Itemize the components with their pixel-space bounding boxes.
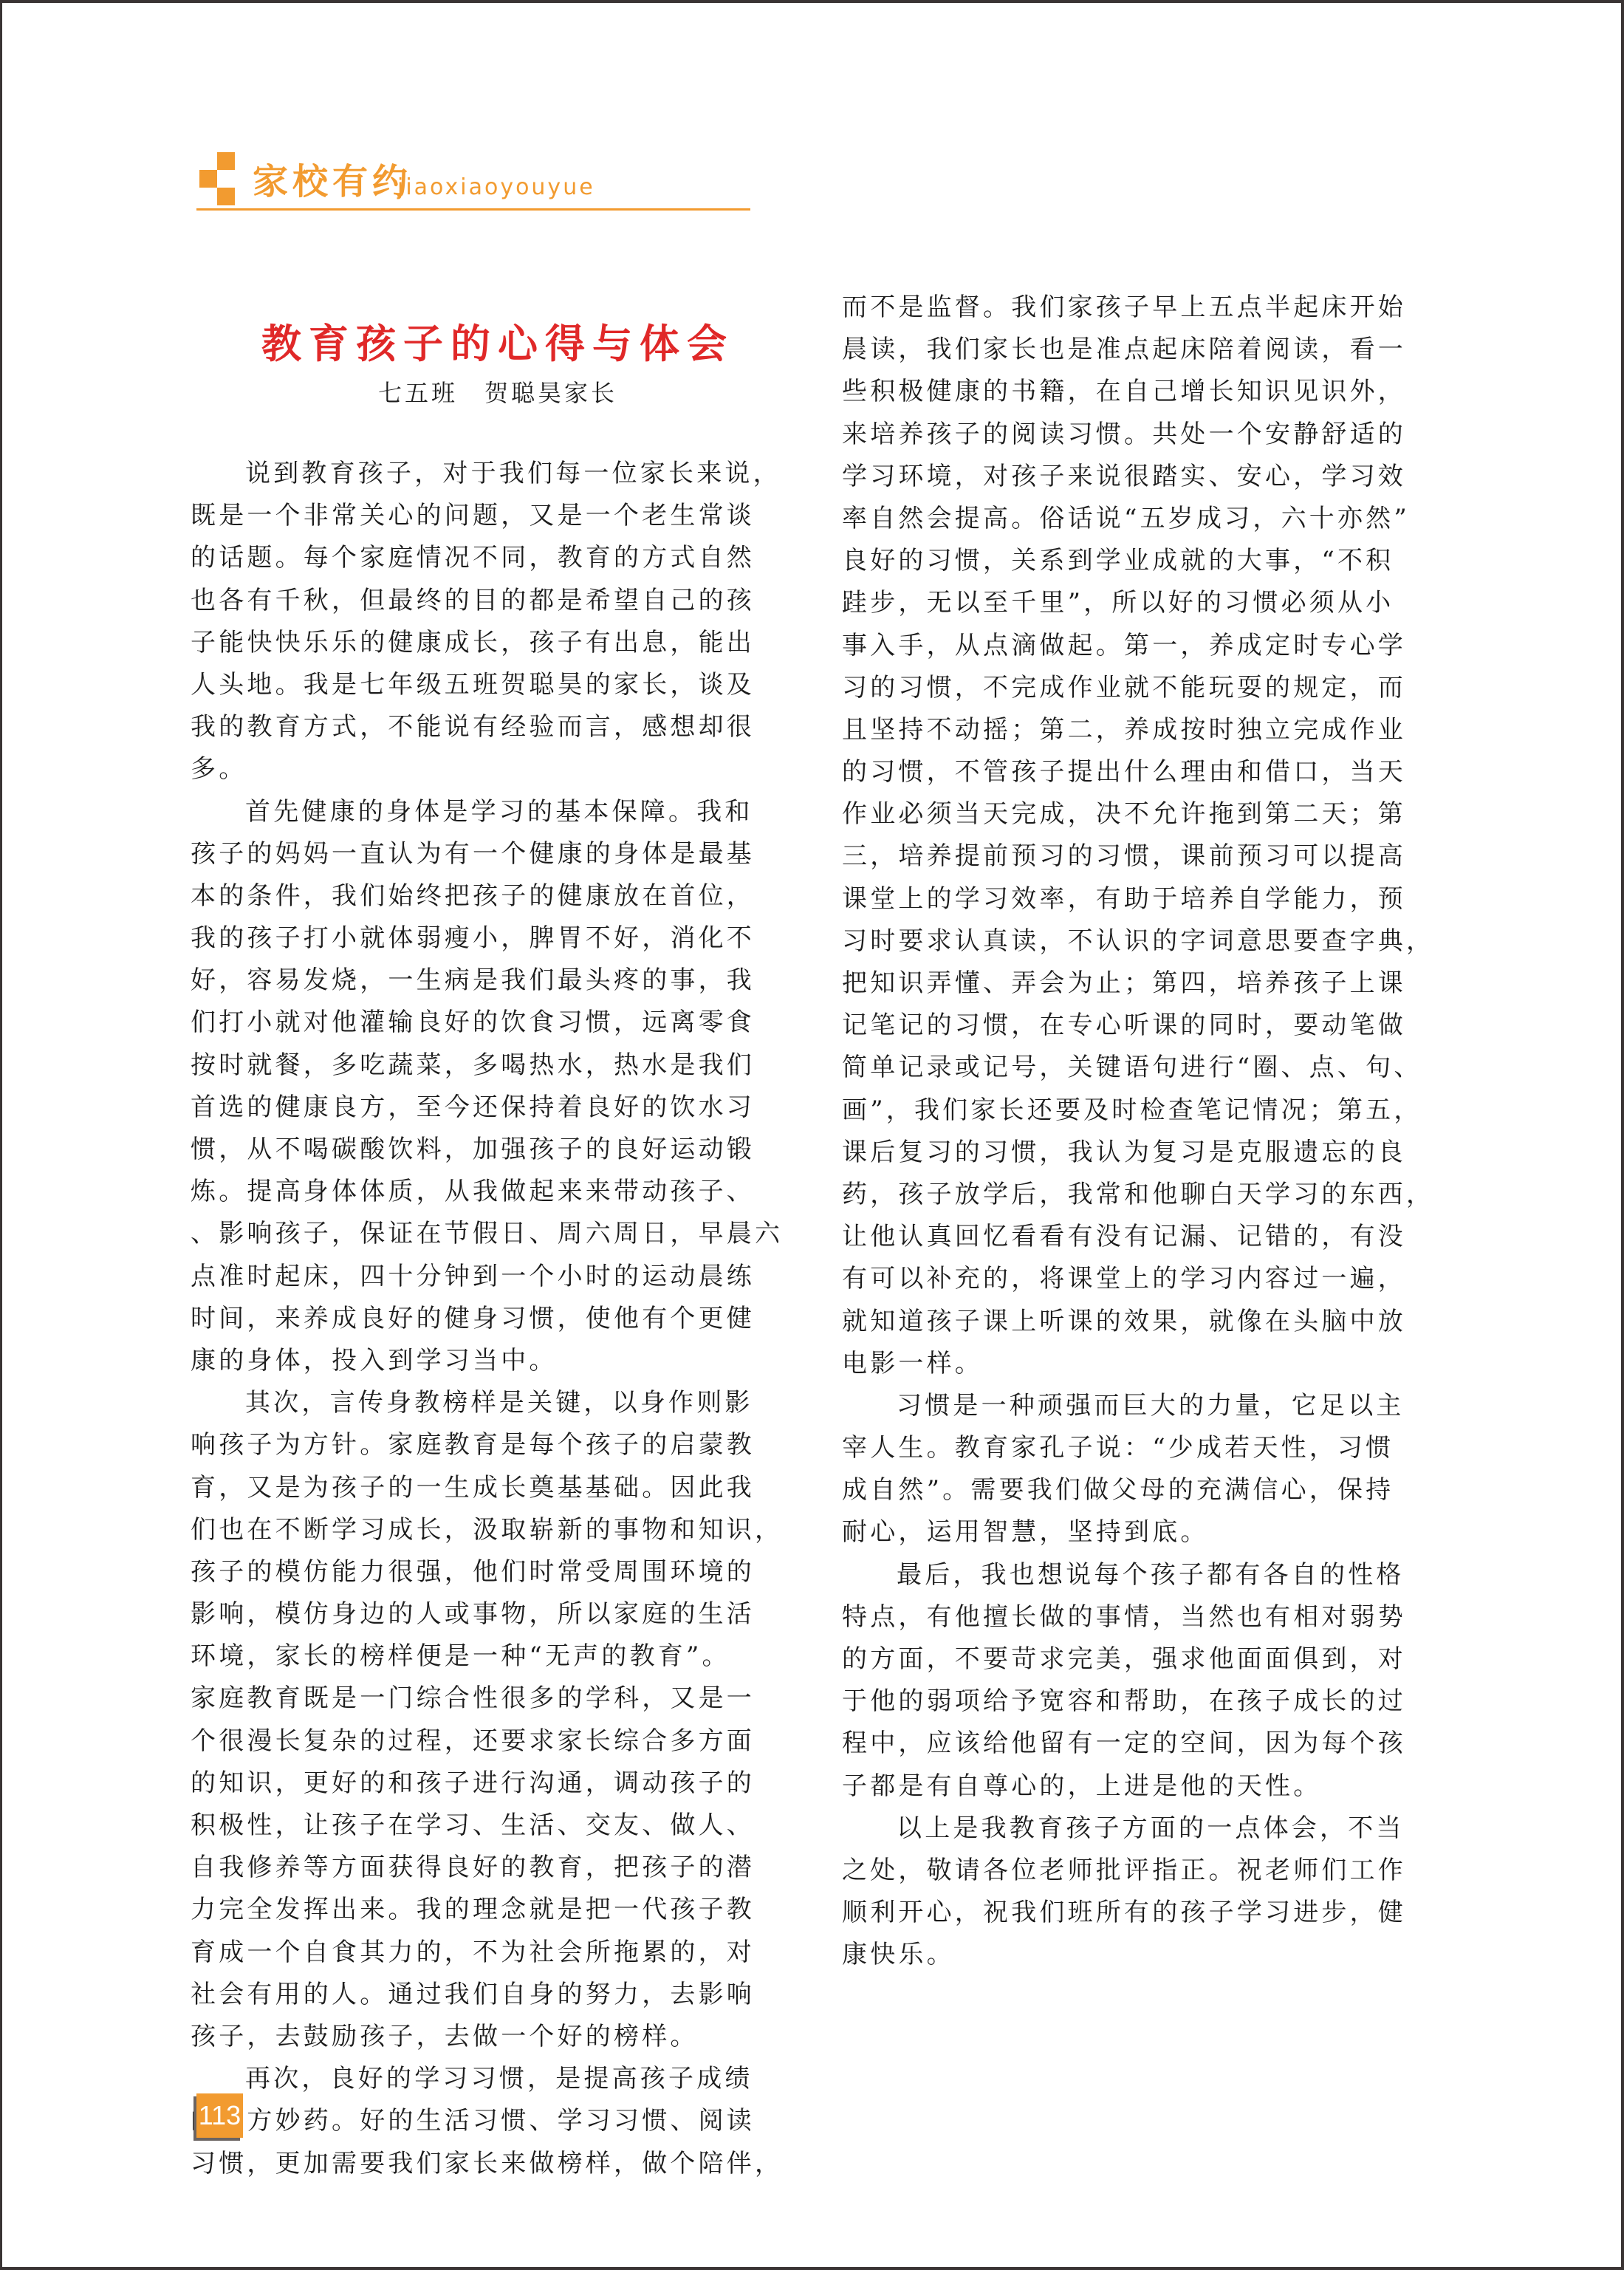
text-line: 惯，从不喝碳酸饮料，加强孩子的良好运动锻 bbox=[191, 1129, 811, 1171]
text-line: 课堂上的学习效率，有助于培养自学能力，预 bbox=[842, 878, 1470, 920]
text-line: 记笔记的习惯，在专心听课的同时，要动笔做 bbox=[842, 1005, 1470, 1047]
text-line: 康快乐。 bbox=[842, 1934, 1470, 1976]
text-line: 积极性，让孩子在学习、生活、交友、做人、 bbox=[191, 1805, 811, 1847]
text-line: 简单记录或记号，关键语句进行“圈、点、句、 bbox=[842, 1047, 1470, 1089]
text-line: 家庭教育既是一门综合性很多的学科，又是一 bbox=[191, 1678, 811, 1720]
text-line: 有可以补充的，将课堂上的学习内容过一遍， bbox=[842, 1258, 1470, 1300]
text-line: 们打小就对他灌输良好的饮食习惯，远离零食 bbox=[191, 1002, 811, 1044]
text-line: 习的习惯，不完成作业就不能玩耍的规定，而 bbox=[842, 667, 1470, 709]
text-line: 社会有用的人。通过我们自身的努力，去影响 bbox=[191, 1974, 811, 2016]
text-line: 的良方妙药。好的生活习惯、学习习惯、阅读 bbox=[191, 2100, 811, 2142]
text-line: 习时要求认真读，不认识的字词意思要查字典， bbox=[842, 920, 1470, 963]
text-line: 习惯，更加需要我们家长来做榜样，做个陪伴， bbox=[191, 2143, 811, 2185]
text-line: 习惯是一种顽强而巨大的力量，它足以主 bbox=[842, 1385, 1470, 1427]
text-line: 学习环境，对孩子来说很踏实、安心，学习效 bbox=[842, 456, 1470, 498]
text-line: 三，培养提前预习的习惯，课前预习可以提高 bbox=[842, 835, 1470, 878]
text-line: 人头地。我是七年级五班贺聪昊的家长，谈及 bbox=[191, 664, 811, 706]
text-line: 特点，有他擅长做的事情，当然也有相对弱势 bbox=[842, 1596, 1470, 1638]
text-line: 康的身体，投入到学习当中。 bbox=[191, 1340, 811, 1382]
section-title: 家校有约 bbox=[253, 160, 412, 204]
text-line: 说到教育孩子，对于我们每一位家长来说， bbox=[191, 453, 811, 495]
text-line: 之处，敬请各位老师批评指正。祝老师们工作 bbox=[842, 1850, 1470, 1892]
text-line: 再次，良好的学习习惯，是提高孩子成绩 bbox=[191, 2058, 811, 2100]
text-line: 育，又是为孩子的一生成长奠基基础。因此我 bbox=[191, 1467, 811, 1509]
text-line: 育成一个自食其力的，不为社会所拖累的，对 bbox=[191, 1932, 811, 1974]
text-line: 按时就餐，多吃蔬菜，多喝热水，热水是我们 bbox=[191, 1045, 811, 1087]
text-line: 些积极健康的书籍，在自己增长知识见识外， bbox=[842, 371, 1470, 413]
text-line: 响孩子为方针。家庭教育是每个孩子的启蒙教 bbox=[191, 1424, 811, 1466]
text-line: 于他的弱项给予宽容和帮助，在孩子成长的过 bbox=[842, 1681, 1470, 1723]
text-line: 的话题。每个家庭情况不同，教育的方式自然 bbox=[191, 537, 811, 579]
text-line: 力完全发挥出来。我的理念就是把一代孩子教 bbox=[191, 1889, 811, 1931]
text-line: 率自然会提高。俗话说“五岁成习，六十亦然” bbox=[842, 498, 1470, 540]
text-line: 自我修养等方面获得良好的教育，把孩子的潜 bbox=[191, 1847, 811, 1889]
text-line: 子能快快乐乐的健康成长，孩子有出息，能出 bbox=[191, 622, 811, 664]
logo-square-middle bbox=[199, 170, 217, 188]
text-line: 最后，我也想说每个孩子都有各自的性格 bbox=[842, 1554, 1470, 1596]
text-line: 的方面，不要苛求完美，强求他面面俱到，对 bbox=[842, 1638, 1470, 1681]
text-line: 跬步，无以至千里”，所以好的习惯必须从小 bbox=[842, 582, 1470, 624]
logo-square-bottom bbox=[217, 188, 235, 205]
text-line: 、影响孩子，保证在节假日、周六周日，早晨六 bbox=[191, 1213, 811, 1255]
text-line: 也各有千秋，但最终的目的都是希望自己的孩 bbox=[191, 580, 811, 622]
text-line: 其次，言传身教榜样是关键，以身作则影 bbox=[191, 1382, 811, 1424]
text-line: 顺利开心，祝我们班所有的孩子学习进步，健 bbox=[842, 1892, 1470, 1934]
text-line: 环境，家长的榜样便是一种“无声的教育”。 bbox=[191, 1635, 811, 1678]
text-line: 们也在不断学习成长，汲取崭新的事物和知识， bbox=[191, 1509, 811, 1551]
text-line: 让他认真回忆看看有没有记漏、记错的，有没 bbox=[842, 1216, 1470, 1258]
page-number-badge: 113 bbox=[196, 2093, 243, 2138]
article-byline: 七五班 贺聪昊家长 bbox=[191, 377, 805, 409]
text-line: 晨读，我们家长也是准点起床陪着阅读，看一 bbox=[842, 329, 1470, 371]
text-line: 画”，我们家长还要及时检查笔记情况；第五， bbox=[842, 1090, 1470, 1132]
text-line: 既是一个非常关心的问题，又是一个老生常谈 bbox=[191, 495, 811, 537]
article-title: 教育孩子的心得与体会 bbox=[191, 318, 805, 369]
text-line: 好，容易发烧，一生病是我们最头疼的事，我 bbox=[191, 960, 811, 1002]
text-line: 本的条件，我们始终把孩子的健康放在首位， bbox=[191, 875, 811, 917]
text-line: 且坚持不动摇；第二，养成按时独立完成作业 bbox=[842, 709, 1470, 751]
section-header: 家校有约 jiaoxiaoyouyue bbox=[191, 148, 752, 214]
text-line: 来培养孩子的阅读习惯。共处一个安静舒适的 bbox=[842, 414, 1470, 456]
text-line: 的习惯，不管孩子提出什么理由和借口，当天 bbox=[842, 751, 1470, 793]
text-line: 孩子，去鼓励孩子，去做一个好的榜样。 bbox=[191, 2016, 811, 2058]
text-line: 孩子的妈妈一直认为有一个健康的身体是最基 bbox=[191, 833, 811, 875]
text-line: 点准时起床，四十分钟到一个小时的运动晨练 bbox=[191, 1256, 811, 1298]
text-line: 而不是监督。我们家孩子早上五点半起床开始 bbox=[842, 287, 1470, 329]
text-line: 我的孩子打小就体弱瘦小，脾胃不好，消化不 bbox=[191, 917, 811, 960]
text-line: 的知识，更好的和孩子进行沟通，调动孩子的 bbox=[191, 1763, 811, 1805]
text-line: 孩子的模仿能力很强，他们时常受周围环境的 bbox=[191, 1551, 811, 1593]
text-line: 就知道孩子课上听课的效果，就像在头脑中放 bbox=[842, 1301, 1470, 1343]
text-line: 子都是有自尊心的，上进是他的天性。 bbox=[842, 1765, 1470, 1808]
left-text-column: 说到教育孩子，对于我们每一位家长来说，既是一个非常关心的问题，又是一个老生常谈的… bbox=[191, 453, 811, 2185]
text-line: 作业必须当天完成，决不允许拖到第二天；第 bbox=[842, 793, 1470, 835]
header-divider bbox=[196, 208, 750, 211]
text-line: 宰人生。教育家孔子说：“少成若天性，习惯 bbox=[842, 1427, 1470, 1469]
text-line: 以上是我教育孩子方面的一点体会，不当 bbox=[842, 1808, 1470, 1850]
text-line: 耐心，运用智慧，坚持到底。 bbox=[842, 1511, 1470, 1553]
text-line: 首选的健康良方，至今还保持着良好的饮水习 bbox=[191, 1087, 811, 1129]
text-line: 课后复习的习惯，我认为复习是克服遗忘的良 bbox=[842, 1132, 1470, 1174]
text-line: 事入手，从点滴做起。第一，养成定时专心学 bbox=[842, 625, 1470, 667]
right-text-column: 而不是监督。我们家孩子早上五点半起床开始晨读，我们家长也是准点起床陪着阅读，看一… bbox=[842, 287, 1470, 1977]
text-line: 药，孩子放学后，我常和他聊白天学习的东西， bbox=[842, 1174, 1470, 1216]
text-line: 电影一样。 bbox=[842, 1343, 1470, 1385]
section-pinyin: jiaoxiaoyouyue bbox=[397, 173, 595, 202]
text-line: 我的教育方式，不能说有经验而言，感想却很 bbox=[191, 706, 811, 748]
text-line: 成自然”。需要我们做父母的充满信心，保持 bbox=[842, 1469, 1470, 1511]
text-line: 多。 bbox=[191, 748, 811, 790]
text-line: 首先健康的身体是学习的基本保障。我和 bbox=[191, 791, 811, 833]
text-line: 程中，应该给他留有一定的空间，因为每个孩 bbox=[842, 1723, 1470, 1765]
logo-square-top bbox=[217, 152, 235, 170]
text-line: 时间，来养成良好的健身习惯，使他有个更健 bbox=[191, 1298, 811, 1340]
text-line: 影响，模仿身边的人或事物，所以家庭的生活 bbox=[191, 1593, 811, 1635]
text-line: 个很漫长复杂的过程，还要求家长综合多方面 bbox=[191, 1720, 811, 1763]
text-line: 良好的习惯，关系到学业成就的大事，“不积 bbox=[842, 540, 1470, 582]
text-line: 炼。提高身体体质，从我做起来来带动孩子、 bbox=[191, 1171, 811, 1213]
checker-squares-logo-icon bbox=[199, 152, 236, 205]
text-line: 把知识弄懂、弄会为止；第四，培养孩子上课 bbox=[842, 963, 1470, 1005]
